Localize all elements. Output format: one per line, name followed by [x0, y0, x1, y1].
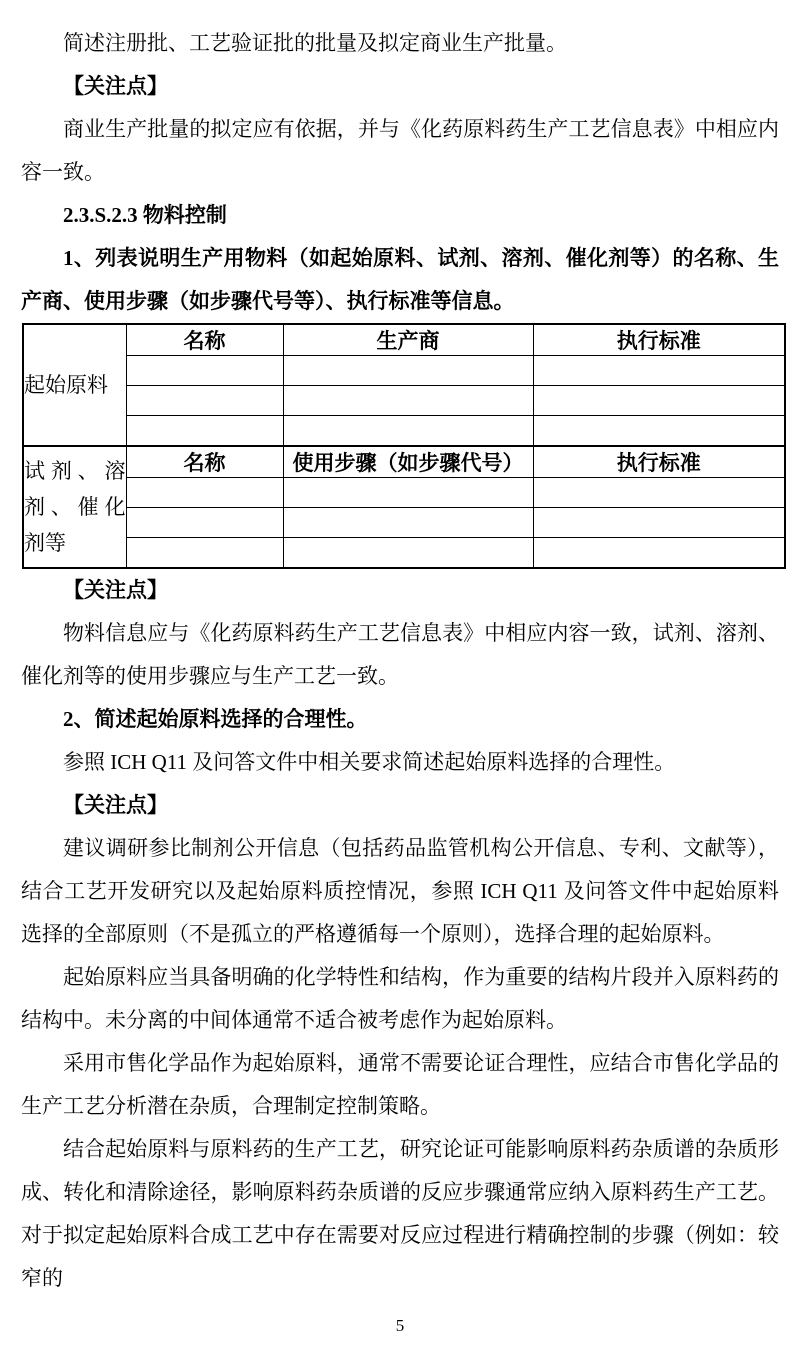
table-row — [23, 508, 785, 538]
empty-cell — [126, 386, 283, 416]
intro-paragraph: 简述注册批、工艺验证批的批量及拟定商业生产批量。 — [21, 22, 779, 65]
page-number: 5 — [0, 1316, 800, 1336]
empty-cell — [533, 356, 785, 386]
rationale-paragraph-2: 起始原料应当具备明确的化学特性和结构，作为重要的结构片段并入原料药的结构中。未分… — [21, 956, 779, 1042]
item1-heading-paragraph: 1、列表说明生产用物料（如起始原料、试剂、溶剂、催化剂等）的名称、生产商、使用步… — [21, 237, 779, 323]
empty-cell — [283, 508, 533, 538]
rationale-paragraph-3: 采用市售化学品作为起始原料，通常不需要论证合理性，应结合市售化学品的生产工艺分析… — [21, 1042, 779, 1128]
table-row — [23, 416, 785, 447]
document-page: 简述注册批、工艺验证批的批量及拟定商业生产批量。 【关注点】 商业生产批量的拟定… — [0, 0, 800, 1300]
item2-heading-paragraph: 2、简述起始原料选择的合理性。 — [21, 698, 779, 741]
empty-cell — [126, 478, 283, 508]
focus-point-heading-2: 【关注点】 — [21, 569, 779, 612]
empty-cell — [126, 356, 283, 386]
table-row — [23, 538, 785, 569]
rationale-paragraph-1: 建议调研参比制剂公开信息（包括药品监管机构公开信息、专利、文献等），结合工艺开发… — [21, 827, 779, 956]
row-group-label-starting-material: 起始原料 — [23, 324, 126, 446]
empty-cell — [533, 416, 785, 447]
focus-point-heading-1: 【关注点】 — [21, 65, 779, 108]
column-header-standard-2: 执行标准 — [533, 446, 785, 478]
empty-cell — [533, 508, 785, 538]
material-info-paragraph: 物料信息应与《化药原料药生产工艺信息表》中相应内容一致，试剂、溶剂、催化剂等的使… — [21, 612, 779, 698]
empty-cell — [283, 356, 533, 386]
empty-cell — [533, 538, 785, 569]
table-row — [23, 478, 785, 508]
rationale-paragraph-4: 结合起始原料与原料药的生产工艺，研究论证可能影响原料药杂质谱的杂质形成、转化和清… — [21, 1128, 779, 1300]
empty-cell — [126, 416, 283, 447]
focus-point-heading-3: 【关注点】 — [21, 784, 779, 827]
row-group-label-reagents-solvents-catalysts: 试剂、溶剂、催化剂等 — [23, 446, 126, 568]
table-header-row-reagents: 试剂、溶剂、催化剂等 名称 使用步骤（如步骤代号） 执行标准 — [23, 446, 785, 478]
column-header-name-1: 名称 — [126, 324, 283, 356]
commercial-batch-paragraph: 商业生产批量的拟定应有依据，并与《化药原料药生产工艺信息表》中相应内容一致。 — [21, 108, 779, 194]
section-heading-material-control: 2.3.S.2.3 物料控制 — [21, 194, 779, 237]
empty-cell — [126, 538, 283, 569]
table-row — [23, 356, 785, 386]
empty-cell — [283, 538, 533, 569]
empty-cell — [283, 478, 533, 508]
empty-cell — [533, 478, 785, 508]
column-header-standard-1: 执行标准 — [533, 324, 785, 356]
item2-desc-paragraph: 参照 ICH Q11 及问答文件中相关要求简述起始原料选择的合理性。 — [21, 741, 779, 784]
empty-cell — [126, 508, 283, 538]
table-row — [23, 386, 785, 416]
column-header-manufacturer: 生产商 — [283, 324, 533, 356]
materials-table: 起始原料 名称 生产商 执行标准 试剂、溶剂、催化剂等 — [22, 323, 786, 569]
empty-cell — [533, 386, 785, 416]
empty-cell — [283, 416, 533, 447]
empty-cell — [283, 386, 533, 416]
column-header-use-step: 使用步骤（如步骤代号） — [283, 446, 533, 478]
table-header-row-starting-material: 起始原料 名称 生产商 执行标准 — [23, 324, 785, 356]
column-header-name-2: 名称 — [126, 446, 283, 478]
